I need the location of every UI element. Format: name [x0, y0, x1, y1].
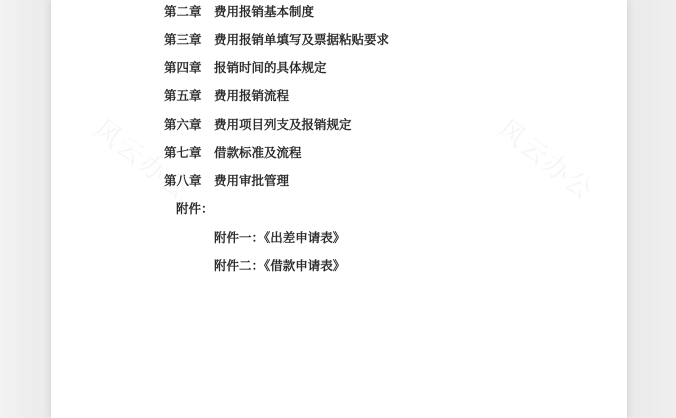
chapter-number: 第八章 — [164, 173, 202, 189]
chapter-title: 费用审批管理 — [214, 173, 289, 189]
chapter-number: 第六章 — [164, 117, 202, 133]
appendix-item-text: 附件二：《借款申请表》 — [214, 258, 345, 274]
document-viewer: 风云办公 风云办公 第二章 费用报销基本制度 第三章 费用报销单填写及票据粘贴要… — [0, 0, 676, 418]
chapter-title: 报销时间的具体规定 — [214, 60, 327, 76]
appendix-label: 附件： — [176, 201, 214, 217]
chapter-number: 第七章 — [164, 145, 202, 161]
chapter-title: 费用报销单填写及票据粘贴要求 — [214, 32, 389, 48]
document-page: 风云办公 风云办公 第二章 费用报销基本制度 第三章 费用报销单填写及票据粘贴要… — [51, 0, 627, 418]
chapter-number: 第四章 — [164, 60, 202, 76]
appendix-item-text: 附件一：《出差申请表》 — [214, 230, 345, 246]
chapter-number: 第五章 — [164, 88, 202, 104]
chapter-title: 费用报销流程 — [214, 88, 289, 104]
chapter-title: 费用项目列支及报销规定 — [214, 117, 352, 133]
watermark: 风云办公 — [491, 109, 602, 207]
chapter-number: 第二章 — [164, 4, 202, 20]
chapter-title: 借款标准及流程 — [214, 145, 302, 161]
chapter-title: 费用报销基本制度 — [214, 4, 314, 20]
chapter-number: 第三章 — [164, 32, 202, 48]
